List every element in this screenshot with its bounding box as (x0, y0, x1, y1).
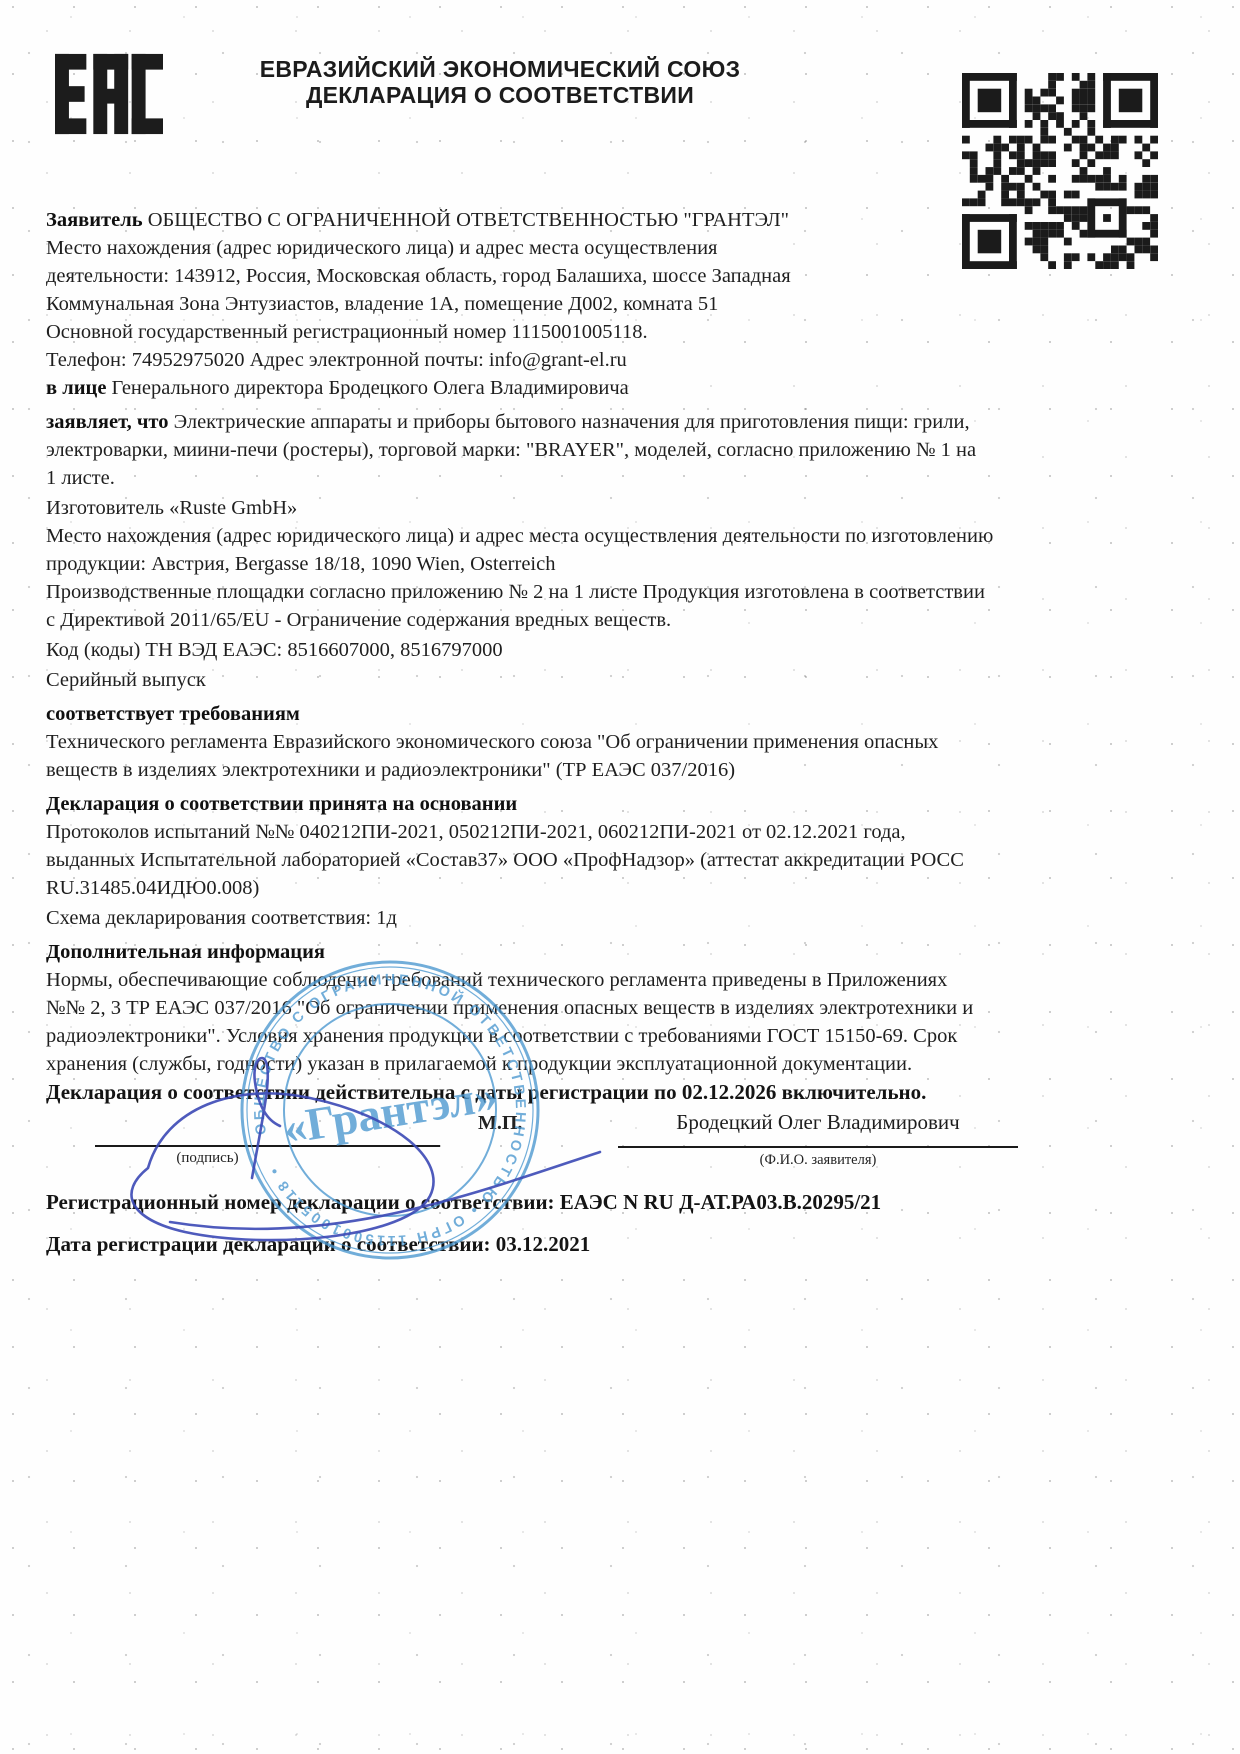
validity-statement: Декларация о соответствии действительна … (46, 1080, 926, 1105)
signature-line (95, 1145, 440, 1147)
line-address-3: Коммунальная Зона Энтузиастов, владение … (46, 290, 1011, 318)
applicant-name-caption: (Ф.И.О. заявителя) (618, 1152, 1018, 1169)
eac-logo-icon (55, 46, 163, 142)
line-contacts: Телефон: 74952975020 Адрес электронной п… (46, 346, 1011, 374)
applicant-name: Бродецкий Олег Владимирович (618, 1110, 1018, 1135)
line-regulation-1: Технического регламента Евразийского эко… (46, 728, 1011, 756)
line-norms-1: Нормы, обеспечивающие соблюдение требова… (46, 966, 1011, 994)
line-manufacturer-address-1: Место нахождения (адрес юридического лиц… (46, 522, 1011, 550)
line-protocols-2: выданных Испытательной лабораторией «Сос… (46, 846, 1011, 874)
declaration-document: ЕВРАЗИЙСКИЙ ЭКОНОМИЧЕСКИЙ СОЮЗ ДЕКЛАРАЦИ… (0, 0, 1240, 1754)
line-manufacturer: Изготовитель «Ruste GmbH» (46, 494, 1011, 522)
line-protocols-3: RU.31485.04ИДЮ0.008) (46, 874, 1011, 902)
registration-date: Дата регистрации декларации о соответств… (46, 1232, 590, 1257)
line-product-3: 1 листе. (46, 464, 1011, 492)
heading-basis: Декларация о соответствии принята на осн… (46, 790, 1011, 818)
line-norms-3: радиоэлектроники". Условия хранения прод… (46, 1022, 1011, 1050)
mp-label: М.П. (478, 1112, 522, 1135)
document-title: ЕВРАЗИЙСКИЙ ЭКОНОМИЧЕСКИЙ СОЮЗ ДЕКЛАРАЦИ… (240, 56, 760, 108)
line-scheme: Схема декларирования соответствия: 1д (46, 904, 1011, 932)
heading-additional-info: Дополнительная информация (46, 938, 1011, 966)
heading-complies: соответствует требованиям (46, 700, 1011, 728)
line-tnved-code: Код (коды) ТН ВЭД ЕАЭС: 8516607000, 8516… (46, 636, 1011, 664)
applicant-name-line (618, 1146, 1018, 1148)
line-declares: заявляет, что Электрические аппараты и п… (46, 408, 1011, 436)
line-production-sites-1: Производственные площадки согласно прило… (46, 578, 1011, 606)
line-regulation-2: веществ в изделиях электротехники и ради… (46, 756, 1011, 784)
line-product-2: электроварки, миини-печи (ростеры), торг… (46, 436, 1011, 464)
eac-logo (55, 46, 163, 147)
line-norms-4: хранения (службы, годности) указан в при… (46, 1050, 1011, 1078)
line-manufacturer-address-2: продукции: Австрия, Bergasse 18/18, 1090… (46, 550, 1011, 578)
line-ogrn: Основной государственный регистрационный… (46, 318, 1011, 346)
line-in-person: в лице Генерального директора Бродецкого… (46, 374, 1011, 402)
line-address-1: Место нахождения (адрес юридического лиц… (46, 234, 1011, 262)
title-line-union: ЕВРАЗИЙСКИЙ ЭКОНОМИЧЕСКИЙ СОЮЗ (240, 56, 760, 82)
line-production-sites-2: с Директивой 2011/65/EU - Ограничение со… (46, 606, 1011, 634)
registration-number: Регистрационный номер декларации о соотв… (46, 1190, 881, 1215)
line-serial: Серийный выпуск (46, 666, 1011, 694)
line-address-2: деятельности: 143912, Россия, Московская… (46, 262, 1011, 290)
signature-caption: (подпись) (145, 1150, 270, 1167)
title-line-declaration: ДЕКЛАРАЦИЯ О СООТВЕТСТВИИ (240, 82, 760, 108)
document-body: Заявитель ОБЩЕСТВО С ОГРАНИЧЕННОЙ ОТВЕТС… (46, 206, 1011, 1078)
line-applicant: Заявитель ОБЩЕСТВО С ОГРАНИЧЕННОЙ ОТВЕТС… (46, 206, 1011, 234)
line-norms-2: №№ 2, 3 ТР ЕАЭС 037/2016 "Об ограничении… (46, 994, 1011, 1022)
line-protocols-1: Протоколов испытаний №№ 040212ПИ-2021, 0… (46, 818, 1011, 846)
